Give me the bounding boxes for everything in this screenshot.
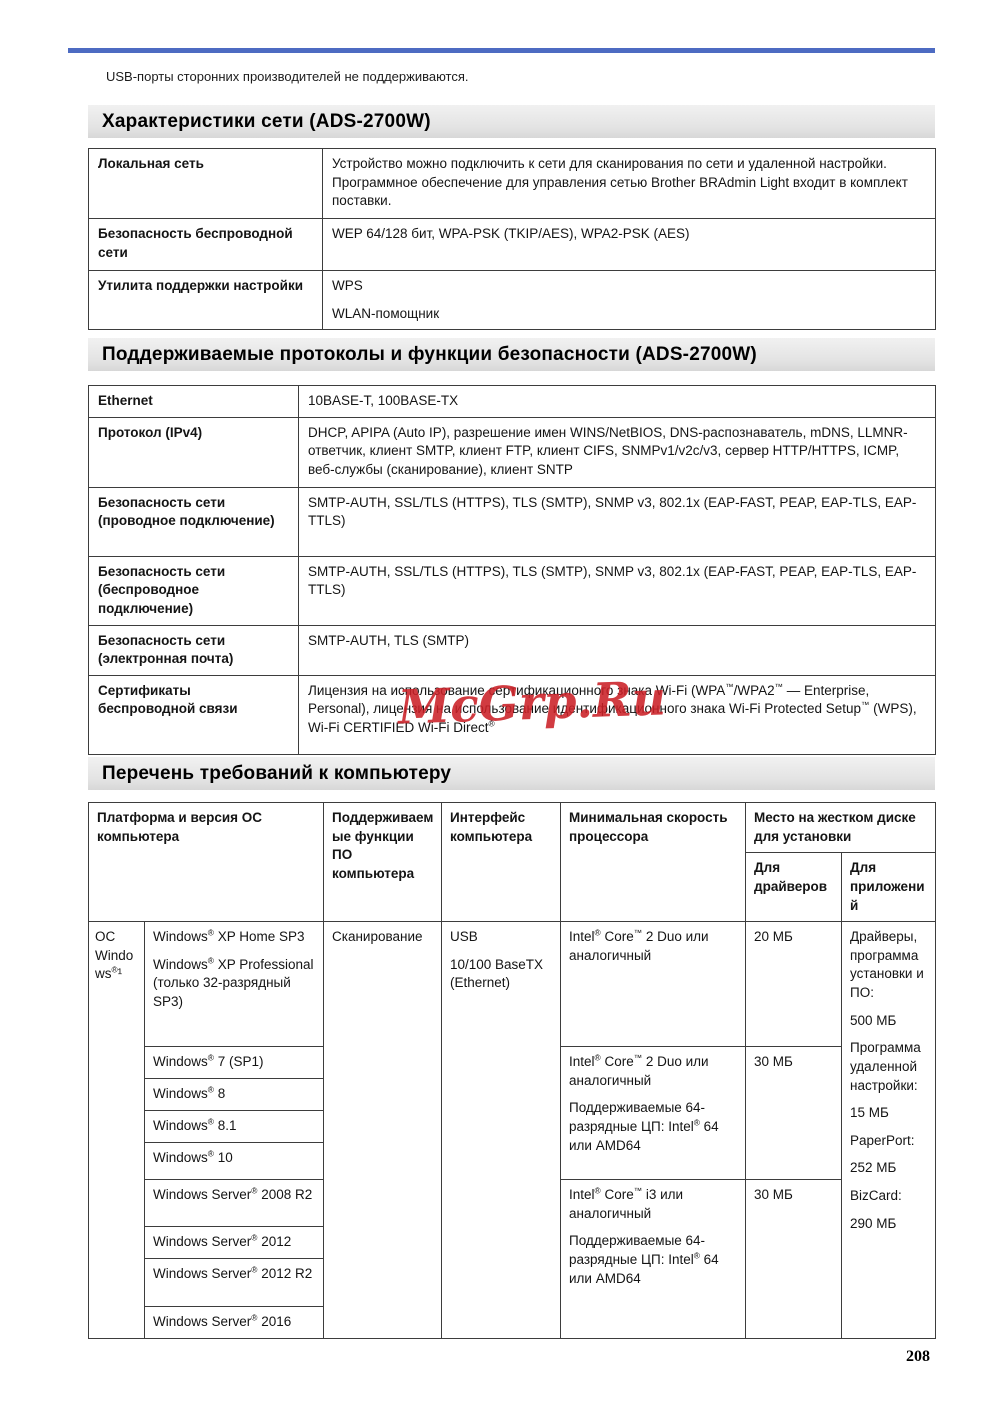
driver-space-cell: 20 МБ (746, 922, 842, 1047)
os-family-cell: ОС Windows®¹ (89, 922, 145, 1339)
processor-cell: Intel® Core™ i3 или аналогичныйПоддержив… (561, 1180, 746, 1339)
row-value: 10BASE-T, 100BASE-TX (299, 386, 936, 418)
table-row: Утилита поддержки настройки WPSWLAN-помо… (89, 271, 936, 330)
app-space-cell: Драйверы, программа установки и ПО:500 М… (842, 922, 936, 1339)
usb-note-text: USB-порты сторонних производителей не по… (106, 69, 469, 84)
os-version-cell: Windows® 10 (145, 1143, 324, 1180)
table-row: Ethernet 10BASE-T, 100BASE-TX (89, 386, 936, 418)
top-divider-rule (68, 48, 935, 53)
table-row: Протокол (IPv4) DHCP, APIPA (Auto IP), р… (89, 417, 936, 487)
os-version-cell: Windows Server® 2012 (145, 1227, 324, 1259)
os-version-cell: Windows Server® 2016 (145, 1307, 324, 1339)
header-processor-speed: Минимальная скорость процессора (561, 803, 746, 922)
document-page: USB-порты сторонних производителей не по… (0, 0, 1000, 1414)
table-row: Сертификаты беспроводной связи Лицензия … (89, 675, 936, 754)
table-row: Безопасность сети (беспроводное подключе… (89, 556, 936, 625)
header-software-functions: Поддерживаемые функции ПО компьютера (324, 803, 442, 922)
row-value: WPSWLAN-помощник (323, 271, 936, 330)
requirements-table: Платформа и версия ОС компьютера Поддерж… (88, 802, 936, 1339)
row-value: SMTP-AUTH, TLS (SMTP) (299, 625, 936, 675)
row-value: Лицензия на использование сертификационн… (299, 675, 936, 754)
table-row: Безопасность сети (электронная почта) SM… (89, 625, 936, 675)
software-functions-cell: Сканирование (324, 922, 442, 1339)
network-specs-table: Локальная сеть Устройство можно подключи… (88, 148, 936, 330)
table-row: Безопасность беспроводной сети WEP 64/12… (89, 219, 936, 271)
table-header-row: Платформа и версия ОС компьютера Поддерж… (89, 803, 936, 853)
row-label: Безопасность сети (беспроводное подключе… (89, 556, 299, 625)
section-heading-protocols: Поддерживаемые протоколы и функции безоп… (88, 338, 935, 371)
protocols-table: Ethernet 10BASE-T, 100BASE-TX Протокол (… (88, 385, 936, 755)
row-label: Сертификаты беспроводной связи (89, 675, 299, 754)
table-row: Безопасность сети (проводное подключение… (89, 487, 936, 556)
row-value: Устройство можно подключить к сети для с… (323, 149, 936, 219)
driver-space-cell: 30 МБ (746, 1180, 842, 1339)
os-version-cell: Windows Server® 2012 R2 (145, 1259, 324, 1307)
page-number: 208 (906, 1348, 930, 1366)
driver-space-cell: 30 МБ (746, 1047, 842, 1180)
row-label: Безопасность сети (электронная почта) (89, 625, 299, 675)
row-label: Безопасность беспроводной сети (89, 219, 323, 271)
row-label: Локальная сеть (89, 149, 323, 219)
header-disk-apps: Для приложений (842, 853, 936, 922)
os-version-cell: Windows® 8.1 (145, 1111, 324, 1143)
row-value: SMTP-AUTH, SSL/TLS (HTTPS), TLS (SMTP), … (299, 487, 936, 556)
table-row: Локальная сеть Устройство можно подключи… (89, 149, 936, 219)
header-disk-space: Место на жестком диске для установки (746, 803, 936, 853)
row-value: DHCP, APIPA (Auto IP), разрешение имен W… (299, 417, 936, 487)
table-row: ОС Windows®¹ Windows® XP Home SP3Windows… (89, 922, 936, 1047)
section-heading-network-specs: Характеристики сети (ADS-2700W) (88, 105, 935, 138)
os-version-cell: Windows® XP Home SP3Windows® XP Professi… (145, 922, 324, 1047)
row-label: Безопасность сети (проводное подключение… (89, 487, 299, 556)
row-value: WEP 64/128 бит, WPA-PSK (TKIP/AES), WPA2… (323, 219, 936, 271)
row-label: Утилита поддержки настройки (89, 271, 323, 330)
row-value: SMTP-AUTH, SSL/TLS (HTTPS), TLS (SMTP), … (299, 556, 936, 625)
processor-cell: Intel® Core™ 2 Duo или аналогичныйПоддер… (561, 1047, 746, 1180)
interface-cell: USB10/100 BaseTX (Ethernet) (442, 922, 561, 1339)
os-version-cell: Windows® 7 (SP1) (145, 1047, 324, 1079)
header-platform: Платформа и версия ОС компьютера (89, 803, 324, 922)
processor-cell: Intel® Core™ 2 Duo или аналогичный (561, 922, 746, 1047)
os-version-cell: Windows® 8 (145, 1079, 324, 1111)
section-heading-computer-requirements: Перечень требований к компьютеру (88, 757, 935, 790)
row-label: Протокол (IPv4) (89, 417, 299, 487)
header-interface: Интерфейс компьютера (442, 803, 561, 922)
os-version-cell: Windows Server® 2008 R2 (145, 1180, 324, 1227)
row-label: Ethernet (89, 386, 299, 418)
header-disk-drivers: Для драйверов (746, 853, 842, 922)
